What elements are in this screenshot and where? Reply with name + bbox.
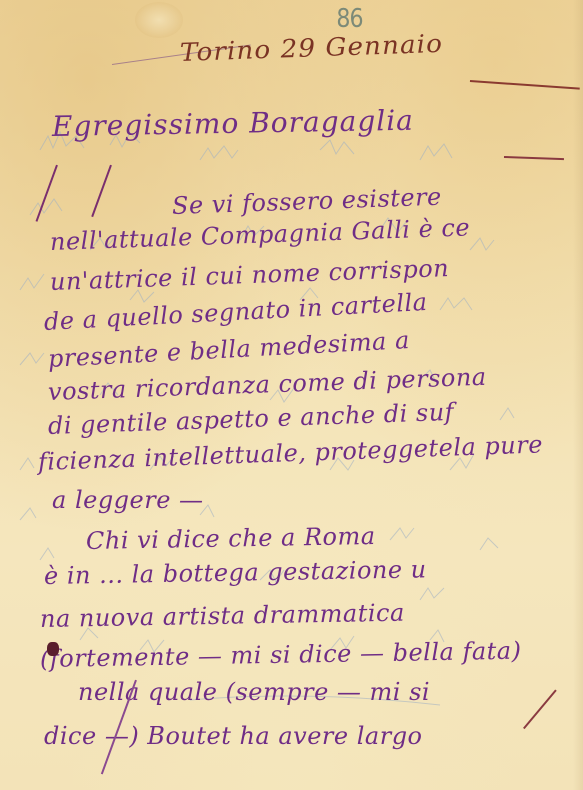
paper-edge <box>573 0 583 790</box>
body-line: è in ... la bottega gestazione u <box>44 555 427 590</box>
archive-number: 86 <box>336 4 362 34</box>
dateline: Torino 29 Gennaio <box>179 29 443 67</box>
body-line: na nuova artista drammatica <box>40 599 405 633</box>
pen-descender <box>91 165 111 217</box>
body-line: nell'attuale Compagnia Galli è ce <box>50 213 471 256</box>
salutation-dash <box>504 156 564 160</box>
salutation: Egregissimo Boragaglia <box>52 104 414 143</box>
body-line: di gentile aspetto e anche di suf <box>48 398 455 440</box>
body-line: a leggere — <box>52 486 204 514</box>
paper-stain <box>135 2 183 38</box>
body-line: Chi vi dice che a Roma <box>86 522 376 555</box>
body-line: presente e bella medesima a <box>47 326 410 373</box>
body-line: (fortemente — mi si dice — bella fata) <box>40 637 522 673</box>
body-line: dice —) Boutet ha avere largo <box>44 722 423 750</box>
dateline-underline-right <box>470 80 580 89</box>
body-line: Se vi fossero esistere <box>172 183 443 220</box>
ink-blot <box>47 642 59 656</box>
letter-page: 86 Torino 29 Gennaio Egregissimo Boragag… <box>0 0 583 790</box>
pen-descender <box>523 690 556 729</box>
pen-descender <box>36 165 58 222</box>
